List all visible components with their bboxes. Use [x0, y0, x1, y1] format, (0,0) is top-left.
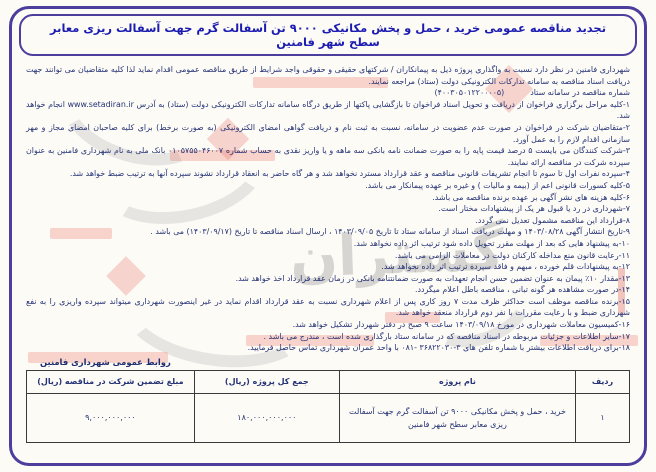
title-box: تجدید مناقصه عمومی خرید ، حمل و پخش مکان… — [19, 14, 637, 56]
notice-body: شهرداری فامنین در نظر دارد نسبت به واگذا… — [26, 60, 630, 443]
clause-item: ۲-متقاضیان شرکت در فراخوان در صورت عدم ع… — [26, 122, 630, 145]
clause-item: ۱۶-کمیسیون معاملات شهرداری در مورخ ۱۴۰۳/… — [26, 319, 630, 331]
table-header-row: ردیف نام پروژه جمع کل پروژه (ریال) مبلغ … — [27, 370, 630, 393]
table-body: ۱ خرید ، حمل و پخش مکانیکی ۹۰۰۰ تن آسفال… — [27, 393, 630, 442]
clause-item: ۸-قرارداد این مناقصه مشمول تعدیل نمی گرد… — [26, 215, 630, 227]
table-row: ۱ خرید ، حمل و پخش مکانیکی ۹۰۰۰ تن آسفال… — [27, 393, 630, 442]
clause-item: ۱۰-به پیشنهاد هایی که بعد از مهلت مقرر ت… — [26, 238, 630, 250]
clause-item: ۱۸-برای دریافت اطلاعات بیشتر با شماره تل… — [26, 342, 630, 354]
clause-item: ۱-کلیه مراحل برگزاری فراخوان از دریافت و… — [26, 99, 630, 122]
cell-deposit-amount: ۹,۰۰۰,۰۰۰,۰۰۰ — [27, 393, 195, 442]
clauses-list: ۱-کلیه مراحل برگزاری فراخوان از دریافت و… — [26, 99, 630, 354]
clause-item: ۳-شرکت کنندگان می بایست ۵ درصد قیمت پایه… — [26, 145, 630, 168]
col-row-number: ردیف — [576, 370, 630, 393]
clause-item: ۷-شهرداری در رد یا قبول هر یک از پیشنهاد… — [26, 203, 630, 215]
intro-paragraph: شهرداری فامنین در نظر دارد نسبت به واگذا… — [26, 64, 630, 87]
clause-item: ۶-کلیه هزینه های نشر آگهی بر عهده برنده … — [26, 192, 630, 204]
projects-table: ردیف نام پروژه جمع کل پروژه (ریال) مبلغ … — [26, 370, 630, 443]
tender-number-value: (۴۰۰۳۰۵۰۱۲۲۰۰۰۰۵) — [435, 88, 505, 97]
page-title: تجدید مناقصه عمومی خرید ، حمل و پخش مکان… — [21, 21, 635, 50]
cell-project-name: خرید ، حمل و پخش مکانیکی ۹۰۰۰ تن آسفالت … — [339, 393, 575, 442]
clause-item: ۱۱-رعایت قانون منع مداخله کارکنان دولت د… — [26, 250, 630, 262]
clause-item: ۴-سپرده نفرات اول تا سوم تا انجام تشریفا… — [26, 168, 630, 180]
clause-item: ۱۴-در صورت مشاهده هر گونه تبانی ، مناقصه… — [26, 284, 630, 296]
col-project-name: نام پروژه — [339, 370, 575, 393]
col-total-amount: جمع کل پروژه (ریال) — [194, 370, 339, 393]
cell-row-number: ۱ — [576, 393, 630, 442]
clause-item: ۱۷-سایر اطلاعات و جزئیات مربوطه در اسناد… — [26, 331, 630, 343]
clause-item: ۱۲-به پیشنهادات قلم خورده ، مبهم و فاقد … — [26, 261, 630, 273]
table-header: ردیف نام پروژه جمع کل پروژه (ریال) مبلغ … — [27, 370, 630, 393]
clause-item: ۱۳-مقدار ۱۰٪ پیمان به عنوان تضمین حسن ان… — [26, 273, 630, 285]
tender-number-label: شماره مناقصه در سامانه ستاد — [530, 88, 630, 97]
clause-item: ۵-کلیه کسورات قانونی اعم از (بیمه و مالی… — [26, 180, 630, 192]
tender-number-line: شماره مناقصه در سامانه ستاد(۴۰۰۳۰۵۰۱۲۲۰۰… — [26, 87, 630, 99]
col-deposit-amount: مبلغ تضمین شرکت در مناقصه (ریال) — [27, 370, 195, 393]
cell-total-amount: ۱۸۰,۰۰۰,۰۰۰,۰۰۰ — [194, 393, 339, 442]
signature: روابط عمومی شهرداری فامنین — [26, 357, 630, 367]
tender-notice-page: گستران تجدید مناقصه عمومی خرید ، حمل و پ… — [0, 0, 656, 472]
clause-item: ۹-تاریخ انتشار آگهی ۱۴۰۳/۰۸/۲۸ و مهلت در… — [26, 226, 630, 238]
clause-item: ۱۵-برنده مناقصه موظف است حداکثر ظرف مدت … — [26, 296, 630, 319]
